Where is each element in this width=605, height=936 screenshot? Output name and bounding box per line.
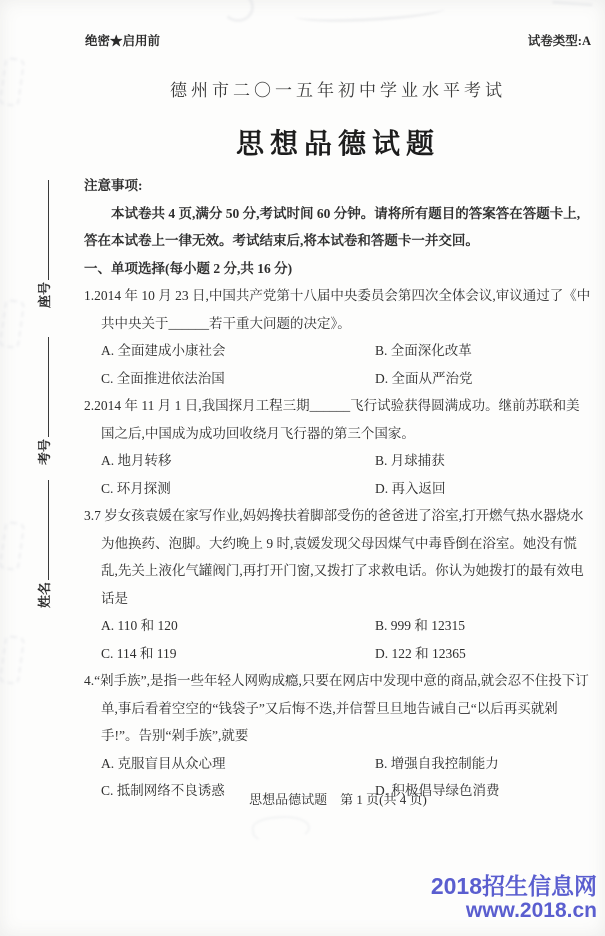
option-d: D. 122 和 12365 [375,640,592,668]
exam-paper-page: 绝密★启用前 试卷类型:A 德州市二〇一五年初中学业水平考试 思想品德试题 座号… [0,0,605,936]
question-1: 1.2014 年 10 月 23 日,中国共产党第十八届中央委员会第四次全体会议… [84,282,592,392]
option-c: C. 全面推进依法治国 [101,365,375,393]
options-grid: A. 110 和 120 B. 999 和 12315 C. 114 和 119… [84,612,592,667]
fill-in-line [35,480,49,580]
options-grid: A. 地月转移 B. 月球捕获 C. 环月探测 D. 再入返回 [84,447,592,502]
notice-heading: 注意事项: [84,172,592,200]
option-c: C. 环月探测 [101,475,375,503]
security-classification: 绝密★启用前 [85,31,160,49]
option-b: B. 增强自我控制能力 [375,750,592,778]
option-a: A. 克服盲目从众心理 [101,750,375,778]
question-4: 4.“剁手族”,是指一些年轻人网购成瘾,只要在网店中发现中意的商品,就会忍不住投… [84,667,592,805]
section-heading: 一、单项选择(每小题 2 分,共 16 分) [84,255,592,283]
option-b: B. 月球捕获 [375,447,592,475]
option-a: A. 地月转移 [101,447,375,475]
option-b: B. 全面深化改革 [375,337,592,365]
seal-field-label: 姓名 [37,582,52,608]
watermark-site-name: 2018招生信息网 [431,874,597,899]
option-c: C. 114 和 119 [101,640,375,668]
question-text: 1.2014 年 10 月 23 日,中国共产党第十八届中央委员会第四次全体会议… [84,282,592,337]
scan-artifact [552,1,593,17]
seal-field-seat-number: 座号 [34,158,60,308]
option-a: A. 110 和 120 [101,612,375,640]
options-grid: A. 全面建成小康社会 B. 全面深化改革 C. 全面推进依法治国 D. 全面从… [84,337,592,392]
scan-artifact [295,0,446,25]
question-text: 3.7 岁女孩袁媛在家写作业,妈妈搀扶着脚部受伤的爸爸进了浴室,打开燃气热水器烧… [84,502,592,612]
site-watermark: 2018招生信息网 www.2018.cn [431,874,597,922]
fill-in-line [35,180,49,280]
scan-artifact [251,813,311,845]
option-d: D. 再入返回 [375,475,592,503]
page-footer: 思想品德试题 第 1 页(共 4 页) [84,789,592,808]
scan-artifact [0,521,25,571]
exam-body: 注意事项: 本试卷共 4 页,满分 50 分,考试时间 60 分钟。请将所有题目… [84,172,592,805]
subject-title: 思想品德试题 [84,122,592,162]
scan-artifact [222,0,254,22]
watermark-site-url: www.2018.cn [431,899,597,922]
fill-in-line [35,337,49,437]
question-3: 3.7 岁女孩袁媛在家写作业,妈妈搀扶着脚部受伤的爸爸进了浴室,打开燃气热水器烧… [84,502,592,667]
question-text: 2.2014 年 11 月 1 日,我国探月工程三期______飞行试验获得圆满… [84,392,592,447]
question-text: 4.“剁手族”,是指一些年轻人网购成瘾,只要在网店中发现中意的商品,就会忍不住投… [84,667,592,750]
option-b: B. 999 和 12315 [375,612,592,640]
scan-artifact [0,635,25,685]
seal-field-label: 座号 [37,282,52,308]
seal-field-exam-number: 考号 [34,315,60,465]
header-row: 绝密★启用前 试卷类型:A [85,31,591,49]
option-a: A. 全面建成小康社会 [101,337,375,365]
scan-artifact [0,299,25,349]
notice-body: 本试卷共 4 页,满分 50 分,考试时间 60 分钟。请将所有题目的答案答在答… [84,200,592,255]
seal-field-name: 姓名 [34,458,60,608]
exam-title: 德州市二〇一五年初中学业水平考试 [84,76,592,101]
paper-type-label: 试卷类型:A [528,31,591,49]
question-2: 2.2014 年 11 月 1 日,我国探月工程三期______飞行试验获得圆满… [84,392,592,502]
scan-artifact [0,57,25,107]
option-d: D. 全面从严治党 [375,365,592,393]
